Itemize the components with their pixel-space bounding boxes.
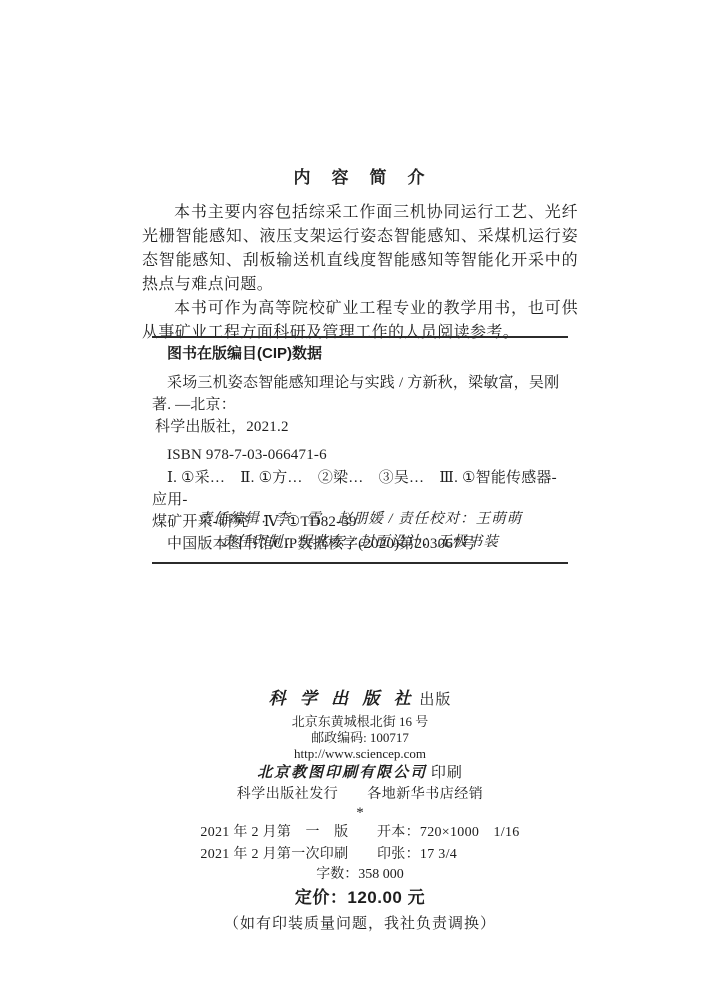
publisher-website: http://www.sciencep.com xyxy=(0,746,720,762)
price: 定价：120.00 元 xyxy=(0,887,720,909)
publisher-name: 科 学 出 版 社 xyxy=(269,689,416,708)
content-summary-section: 内 容 简 介 本书主要内容包括综采工作面三机协同运行工艺、光纤光栅智能感知、液… xyxy=(142,163,578,345)
publisher-line: 科 学 出 版 社 出版 xyxy=(0,688,720,711)
distribution-line: 科学出版社发行 各地新华书店经销 xyxy=(0,785,720,804)
print-label: 印刷 xyxy=(431,765,463,781)
cip-classification-line-1: Ⅰ. ①采… Ⅱ. ①方… ②梁… ③吴… Ⅲ. ①智能传感器-应用- xyxy=(152,467,568,511)
publisher-address: 北京东黄城根北街 16 号 xyxy=(0,713,720,730)
word-count: 字数：358 000 xyxy=(0,866,720,884)
cip-heading: 图书在版编目(CIP)数据 xyxy=(167,343,568,365)
printer-line: 北京教图印刷有限公司 印刷 xyxy=(0,763,720,783)
cip-entry-line-1: 采场三机姿态智能感知理论与实践 / 方新秋，梁敏富，吴刚著. —北京： xyxy=(152,372,568,416)
publish-label: 出版 xyxy=(419,692,451,708)
credits-section: 责任编辑：李 雪 赵朋媛 / 责任校对：王萌萌 责任印制：吴兆东 / 封面设计：… xyxy=(0,508,720,554)
content-summary-title: 内 容 简 介 xyxy=(142,163,578,188)
printer-name: 北京教图印刷有限公司 xyxy=(257,765,427,781)
divider-asterisk: * xyxy=(0,806,720,820)
credits-printing-line: 责任印制：吴兆东 / 封面设计：无极书装 xyxy=(0,531,720,554)
colophon-section: 科 学 出 版 社 出版 北京东黄城根北街 16 号 邮政编码: 100717 … xyxy=(0,688,720,934)
edition-line-1: 2021 年 2 月第 一 版 开本：720×1000 1/16 xyxy=(200,822,519,844)
publisher-postcode: 邮政编码: 100717 xyxy=(0,730,720,746)
cip-entry-line-2: 科学出版社，2021.2 xyxy=(155,416,568,438)
edition-details: 2021 年 2 月第 一 版 开本：720×1000 1/16 2021 年 … xyxy=(200,822,519,866)
quality-note: （如有印装质量问题，我社负责调换） xyxy=(0,914,720,934)
book-copyright-page: 内 容 简 介 本书主要内容包括综采工作面三机协同运行工艺、光纤光栅智能感知、液… xyxy=(0,0,720,1000)
content-summary-paragraph-1: 本书主要内容包括综采工作面三机协同运行工艺、光纤光栅智能感知、液压支架运行姿态智… xyxy=(142,201,578,297)
credits-editors-line: 责任编辑：李 雪 赵朋媛 / 责任校对：王萌萌 xyxy=(0,508,720,531)
isbn-number: ISBN 978-7-03-066471-6 xyxy=(152,444,568,466)
edition-line-2: 2021 年 2 月第一次印刷 印张：17 3/4 xyxy=(200,844,519,866)
cip-catalog-entry: 采场三机姿态智能感知理论与实践 / 方新秋，梁敏富，吴刚著. —北京： 科学出版… xyxy=(152,372,568,438)
